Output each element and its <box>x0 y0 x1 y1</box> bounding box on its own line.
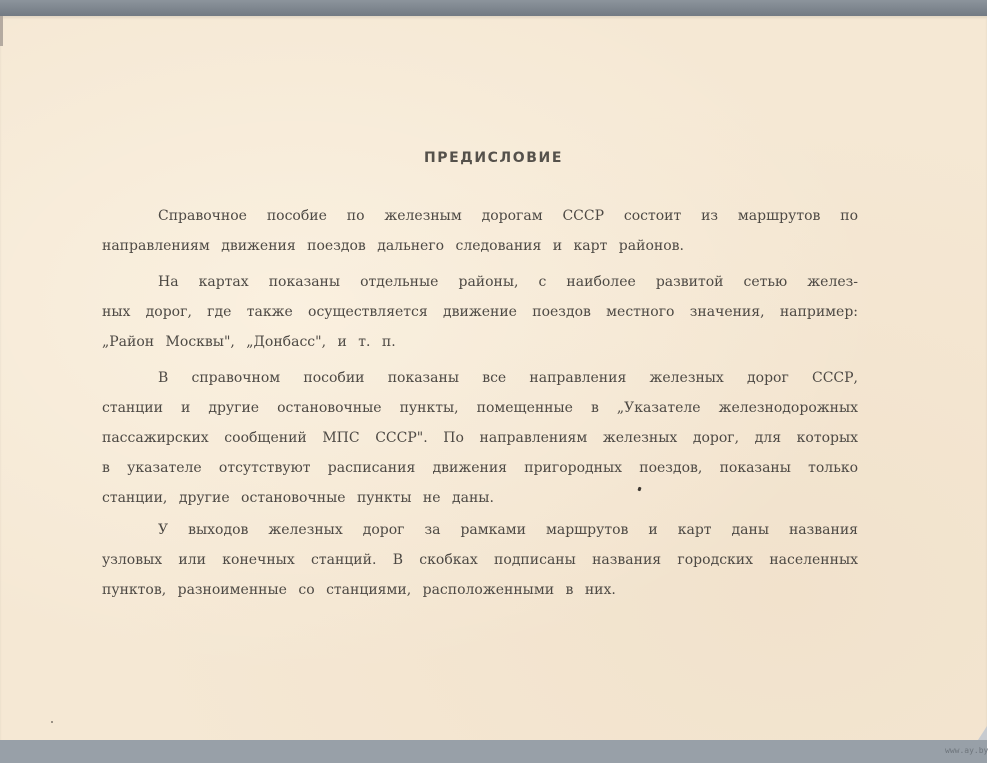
text-line: станции, другие остановочные пункты не д… <box>102 483 858 513</box>
scan-margin-right <box>987 0 1000 763</box>
scan-background-bottom <box>0 740 1000 763</box>
text-line: ных дорог, где также осуществляется движ… <box>102 297 858 327</box>
text-line: пассажирских сообщений МПС СССР". По нап… <box>102 423 858 453</box>
text-line: В справочном пособии показаны все направ… <box>102 363 858 393</box>
text-line: в указателе отсутствуют расписания движе… <box>102 453 858 483</box>
text-line: станции и другие остановочные пункты, по… <box>102 393 858 423</box>
text-line: „Район Москвы", „Донбасс", и т. п. <box>102 327 858 357</box>
text-line: пунктов, разноименные со станциями, расп… <box>102 575 858 605</box>
watermark: www.ay.by <box>945 746 988 755</box>
paragraph-4: У выходов железных дорог за рамками марш… <box>102 515 858 605</box>
text-line: На картах показаны отдельные районы, с н… <box>102 267 858 297</box>
paragraph-1: Справочное пособие по железным дорогам С… <box>102 201 858 261</box>
paragraph-3: В справочном пособии показаны все направ… <box>102 363 858 513</box>
text-line: У выходов железных дорог за рамками марш… <box>102 515 858 545</box>
page-corner-fold <box>978 726 987 740</box>
paragraph-2: На картах показаны отдельные районы, с н… <box>102 267 858 357</box>
text-line: узловых или конечных станций. В скобках … <box>102 545 858 575</box>
text-line: направлениям движения поездов дальнего с… <box>102 231 858 261</box>
page-edge-mark <box>0 16 3 46</box>
page-title: ПРЕДИСЛОВИЕ <box>0 150 987 166</box>
text-line: Справочное пособие по железным дорогам С… <box>102 201 858 231</box>
paper-speck <box>51 721 53 723</box>
